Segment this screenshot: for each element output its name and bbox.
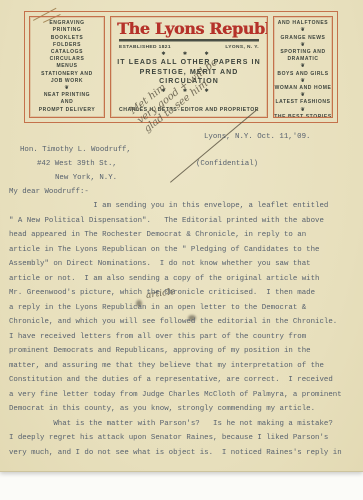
star-ornament-row: ✱ ✱ ✱ <box>117 51 261 57</box>
address-line-1: Hon. Timothy L. Woodruff, <box>20 143 131 158</box>
services-list: ENGRAVING PRINTING BOOKLETS FOLDERS CATA… <box>39 20 96 114</box>
address-line-2: #42 West 39th St., <box>37 157 117 172</box>
address-line-3: New York, N.Y. <box>55 171 117 186</box>
dateline: Lyons, N.Y. Oct. 11,'09. <box>204 130 310 145</box>
newspaper-title: The Lyons Republican <box>117 19 261 38</box>
salutation: My dear Woodruff:- <box>9 185 89 200</box>
features-list: ORIGINAL CARTOONS AND HALFTONES ❦ GRANGE… <box>273 16 333 118</box>
masthead-rule <box>119 39 259 42</box>
letterhead-right-panel: ORIGINAL CARTOONS AND HALFTONES ❦ GRANGE… <box>273 16 333 118</box>
editor-title: EDITOR AND PROPRIETOR <box>181 107 259 113</box>
established-row: ESTABLISHED 1821 LYONS, N. Y. <box>117 44 261 50</box>
letter-body: I am sending you in this envelope, a lea… <box>9 199 359 460</box>
letterhead-left-panel: ENGRAVING PRINTING BOOKLETS FOLDERS CATA… <box>29 16 105 118</box>
established-label: ESTABLISHED 1821 <box>119 45 171 50</box>
location-label: LYONS, N. Y. <box>225 45 259 50</box>
letter-paper: ENGRAVING PRINTING BOOKLETS FOLDERS CATA… <box>0 0 363 472</box>
confidential-label: (Confidential) <box>196 157 258 172</box>
